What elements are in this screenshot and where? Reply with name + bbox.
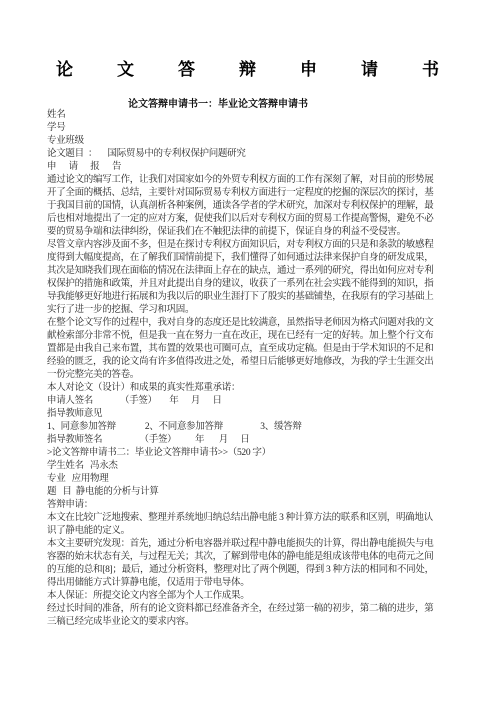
text-line: 申 请 报 告 xyxy=(47,161,467,174)
text-line: 学号 xyxy=(47,122,467,135)
text-line: 在整个论文写作的过程中，我对自身的态度还是比较满意，虽然指导老师因为格式问题对我… xyxy=(47,317,467,330)
text-line: 导我能够更好地进行拓展和为我以后的职业生涯打下了殷实的基础铺垫，在我原有的学习基… xyxy=(47,291,467,304)
text-line: 指导教师意见 xyxy=(47,408,467,421)
document-title: 论文答辩申请书 xyxy=(56,60,483,79)
text-line: 姓名 xyxy=(47,109,467,122)
document-page: 论文答辩申请书 论文答辩申请书一：毕业论文答辩申请书 姓名学号专业班级论文题目 … xyxy=(0,0,496,702)
text-line: 本人对论文（设计）和成果的真实性郑重承诺： xyxy=(47,382,467,395)
text-line: 经验的匮乏，我的论文尚有许多值得改进之处，希望日后能够更好地修改，为我的学士生涯… xyxy=(47,356,467,369)
text-line: 于我国目前的国情，认真剖析各种案例，通读各学者的学术研究，加深对专利权保护的理解… xyxy=(47,200,467,213)
text-line: 度得到大幅度提高，在了解我们国情前提下，我们懂得了如何通过法律来保护自身的研发成… xyxy=(47,252,467,265)
text-line: 识了静电能的定义。 xyxy=(47,525,467,538)
text-line: 得出用储能方式计算静电能，仅适用于带电导体。 xyxy=(47,577,467,590)
text-line: 后也相对地提出了一定的应对方案，促使我们以后对专利权方面的贸易工作提高警惕，避免… xyxy=(47,213,467,226)
document-body: 姓名学号专业班级论文题目 ： 国际贸易中的专利权保护问题研究申 请 报 告通过论… xyxy=(47,109,467,629)
text-line: 学生姓名 冯永杰 xyxy=(47,460,467,473)
text-line: 三稿已经完成毕业论文的要求内容。 xyxy=(47,616,467,629)
text-line: 经过长时间的准备，所有的论文资料都已经准备齐全，在经过第一稿的初步，第二稿的进步… xyxy=(47,603,467,616)
text-line: 申请人签名 （手签） 年 月 日 xyxy=(47,395,467,408)
text-line: 要的贸易争端和法律纠纷，保证我们在不触犯法律的前提下，保证自身的利益不受侵害。 xyxy=(47,226,467,239)
text-line: 本文主要研究发现：首先，通过分析电容器并联过程中静电能损失的计算，得出静电能损失… xyxy=(47,538,467,551)
text-line: 论文题目 ： 国际贸易中的专利权保护问题研究 xyxy=(47,148,467,161)
text-line: 指导教师签名 （手签） 年 月 日 xyxy=(47,434,467,447)
text-line: 容器的始末状态有关，与过程无关；其次，了解到带电体的静电能是组成该带电体的电荷元… xyxy=(47,551,467,564)
text-line: 通过论文的编写工作，让我们对国家如今的外贸专利权方面的工作有深刻了解，对目前的形… xyxy=(47,174,467,187)
text-line: 实行了进一步的挖掘、学习和巩固。 xyxy=(47,304,467,317)
text-line: 的互能的总和[8]；最后，通过分析资料，整理对比了两个例题，得到 3 种方法的相… xyxy=(47,564,467,577)
text-line: 本文在比较广泛地搜索、整理并系统地归纳总结出静电能 3 种计算方法的联系和区别，… xyxy=(47,512,467,525)
text-line: 献检索部分非常不悦，但是我一直在努力一直在改正，现在已经有一定的好转。加上整个行… xyxy=(47,330,467,343)
text-line: 专业 应用物理 xyxy=(47,473,467,486)
text-line: 一份完整完美的答卷。 xyxy=(47,369,467,382)
text-line: 尽管文章内容涉及面不多，但是在探讨专利权方面知识后，对专利权方面的只是和条款的敏… xyxy=(47,239,467,252)
text-line: 本人保证：所提交论文内容全部为个人工作成果。 xyxy=(47,590,467,603)
text-line: 题 目 静电能的分析与计算 xyxy=(47,486,467,499)
text-line: 开了全面的概括、总结，主要针对国际贸易专利权方面进行一定程度的挖掘的深层次的探讨… xyxy=(47,187,467,200)
text-line: 权保护的措施和政策，并且对此提出自身的建议，收获了一系列在社会实践不能得到的知识… xyxy=(47,278,467,291)
text-line: 1、同意参加答辩 2、不同意参加答辩 3、缓答辩 xyxy=(47,421,467,434)
text-line: 专业班级 xyxy=(47,135,467,148)
text-line: 答辩申请： xyxy=(47,499,467,512)
text-line: >论文答辩申请书二：毕业论文答辩申请书>>（520 字） xyxy=(47,447,467,460)
text-line: 其次是知晓我们现在面临的情况在法律面上存在的缺点，通过一系列的研究，得出如何应对… xyxy=(47,265,467,278)
text-line: 置都是由我自己来布置，其布置的效果也可圈可点，直至成功定稿。但是由于学术知识的不… xyxy=(47,343,467,356)
